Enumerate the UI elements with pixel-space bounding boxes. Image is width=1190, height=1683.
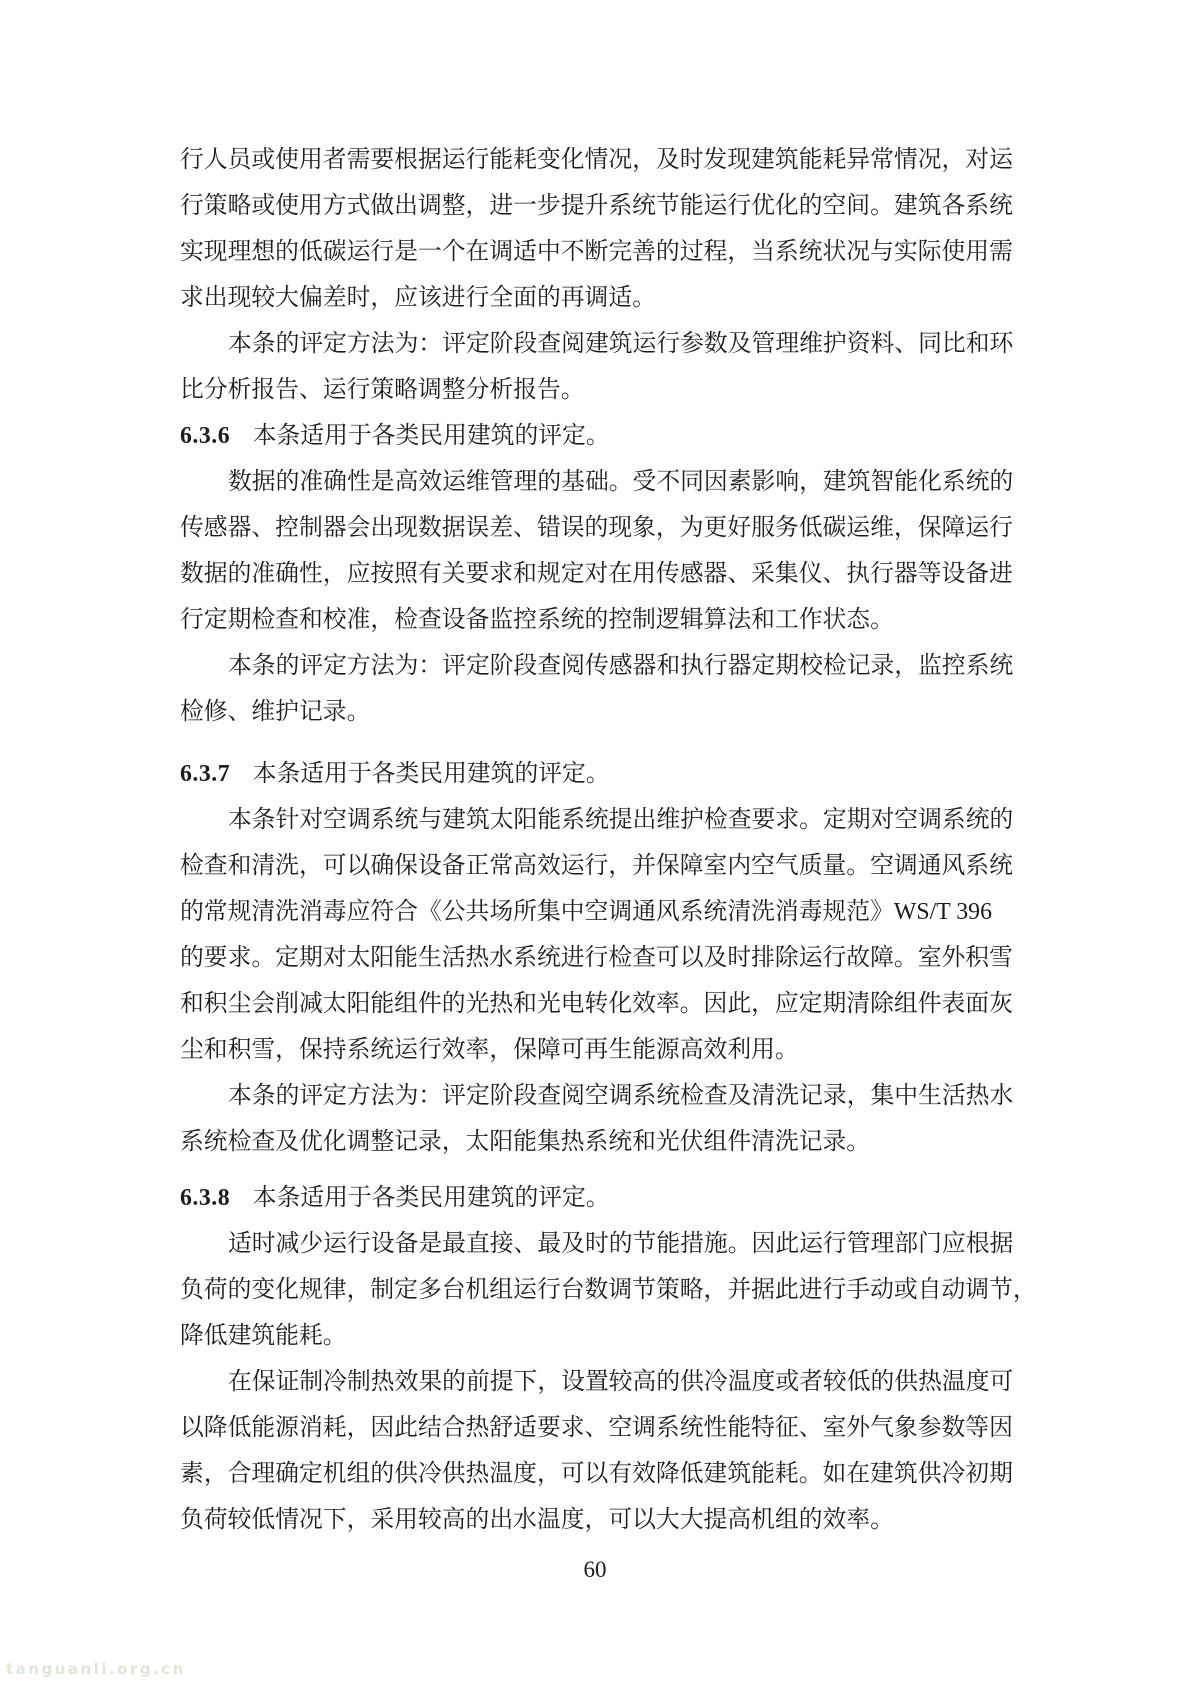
text-line: 传感器、控制器会出现数据误差、错误的现象，为更好服务低碳运维，保障运行 [180, 505, 1038, 551]
page-number: 60 [584, 1557, 607, 1582]
paragraph: 适时减少运行设备是最直接、最及时的节能措施。因此运行管理部门应根据负荷的变化规律… [180, 1221, 1038, 1359]
text-line: 以降低能源消耗，因此结合热舒适要求、空调系统性能特征、室外气象参数等因 [180, 1405, 1038, 1451]
watermark-text: tanguanli.org.cn [6, 1659, 186, 1679]
paragraph: 本条的评定方法为：评定阶段查阅建筑运行参数及管理维护资料、同比和环比分析报告、运… [180, 321, 1038, 413]
text-line: 比分析报告、运行策略调整分析报告。 [180, 367, 1038, 413]
text-line: 检修、维护记录。 [180, 689, 1038, 735]
clause-heading: 6.3.8本条适用于各类民用建筑的评定。 [180, 1175, 1038, 1221]
text-line: 尘和积雪，保持系统运行效率，保障可再生能源高效利用。 [180, 1027, 1038, 1073]
clause-number: 6.3.8 [180, 1185, 230, 1211]
clause-heading: 6.3.7本条适用于各类民用建筑的评定。 [180, 751, 1038, 797]
clause-title: 本条适用于各类民用建筑的评定。 [253, 1185, 610, 1211]
clause-title: 本条适用于各类民用建筑的评定。 [253, 761, 610, 787]
paragraph: 本条针对空调系统与建筑太阳能系统提出维护检查要求。定期对空调系统的检查和清洗，可… [180, 797, 1038, 1073]
text-line: 实现理想的低碳运行是一个在调适中不断完善的过程，当系统状况与实际使用需 [180, 229, 1038, 275]
text-line: 适时减少运行设备是最直接、最及时的节能措施。因此运行管理部门应根据 [180, 1221, 1038, 1267]
paragraph: 数据的准确性是高效运维管理的基础。受不同因素影响，建筑智能化系统的传感器、控制器… [180, 459, 1038, 643]
paragraph: 在保证制冷制热效果的前提下，设置较高的供冷温度或者较低的供热温度可以降低能源消耗… [180, 1359, 1038, 1543]
paragraph: 本条的评定方法为：评定阶段查阅空调系统检查及清洗记录，集中生活热水系统检查及优化… [180, 1073, 1038, 1165]
clause-number: 6.3.6 [180, 423, 230, 449]
text-line: 数据的准确性，应按照有关要求和规定对在用传感器、采集仪、执行器等设备进 [180, 551, 1038, 597]
text-line: 检查和清洗，可以确保设备正常高效运行，并保障室内空气质量。空调通风系统 [180, 843, 1038, 889]
text-line: 和积尘会削减太阳能组件的光热和光电转化效率。因此，应定期清除组件表面灰 [180, 981, 1038, 1027]
paragraph: 本条的评定方法为：评定阶段查阅传感器和执行器定期校检记录，监控系统检修、维护记录… [180, 643, 1038, 735]
text-line: 行定期检查和校准，检查设备监控系统的控制逻辑算法和工作状态。 [180, 597, 1038, 643]
text-line: 本条的评定方法为：评定阶段查阅传感器和执行器定期校检记录，监控系统 [180, 643, 1038, 689]
clause-number: 6.3.7 [180, 761, 230, 787]
document-page: 行人员或使用者需要根据运行能耗变化情况，及时发现建筑能耗异常情况，对运行策略或使… [0, 0, 1190, 1683]
text-line: 行人员或使用者需要根据运行能耗变化情况，及时发现建筑能耗异常情况，对运 [180, 137, 1038, 183]
page-content: 行人员或使用者需要根据运行能耗变化情况，及时发现建筑能耗异常情况，对运行策略或使… [180, 137, 1038, 1543]
text-line: 负荷的变化规律，制定多台机组运行台数调节策略，并据此进行手动或自动调节， [180, 1267, 1038, 1313]
text-line: 的要求。定期对太阳能生活热水系统进行检查可以及时排除运行故障。室外积雪 [180, 935, 1038, 981]
page-footer: 60 [0, 1553, 1190, 1587]
text-line: 求出现较大偏差时，应该进行全面的再调适。 [180, 275, 1038, 321]
text-line: 行策略或使用方式做出调整，进一步提升系统节能运行优化的空间。建筑各系统 [180, 183, 1038, 229]
text-line: 的常规清洗消毒应符合《公共场所集中空调通风系统清洗消毒规范》WS/T 396 [180, 889, 1038, 935]
text-line: 系统检查及优化调整记录，太阳能集热系统和光伏组件清洗记录。 [180, 1119, 1038, 1165]
text-line: 本条的评定方法为：评定阶段查阅空调系统检查及清洗记录，集中生活热水 [180, 1073, 1038, 1119]
text-line: 降低建筑能耗。 [180, 1313, 1038, 1359]
text-line: 在保证制冷制热效果的前提下，设置较高的供冷温度或者较低的供热温度可 [180, 1359, 1038, 1405]
text-line: 数据的准确性是高效运维管理的基础。受不同因素影响，建筑智能化系统的 [180, 459, 1038, 505]
paragraph: 行人员或使用者需要根据运行能耗变化情况，及时发现建筑能耗异常情况，对运行策略或使… [180, 137, 1038, 321]
text-line: 本条针对空调系统与建筑太阳能系统提出维护检查要求。定期对空调系统的 [180, 797, 1038, 843]
text-line: 素，合理确定机组的供冷供热温度，可以有效降低建筑能耗。如在建筑供冷初期 [180, 1451, 1038, 1497]
text-line: 负荷较低情况下，采用较高的出水温度，可以大大提高机组的效率。 [180, 1497, 1038, 1543]
clause-heading: 6.3.6本条适用于各类民用建筑的评定。 [180, 413, 1038, 459]
text-line: 本条的评定方法为：评定阶段查阅建筑运行参数及管理维护资料、同比和环 [180, 321, 1038, 367]
clause-title: 本条适用于各类民用建筑的评定。 [253, 423, 610, 449]
